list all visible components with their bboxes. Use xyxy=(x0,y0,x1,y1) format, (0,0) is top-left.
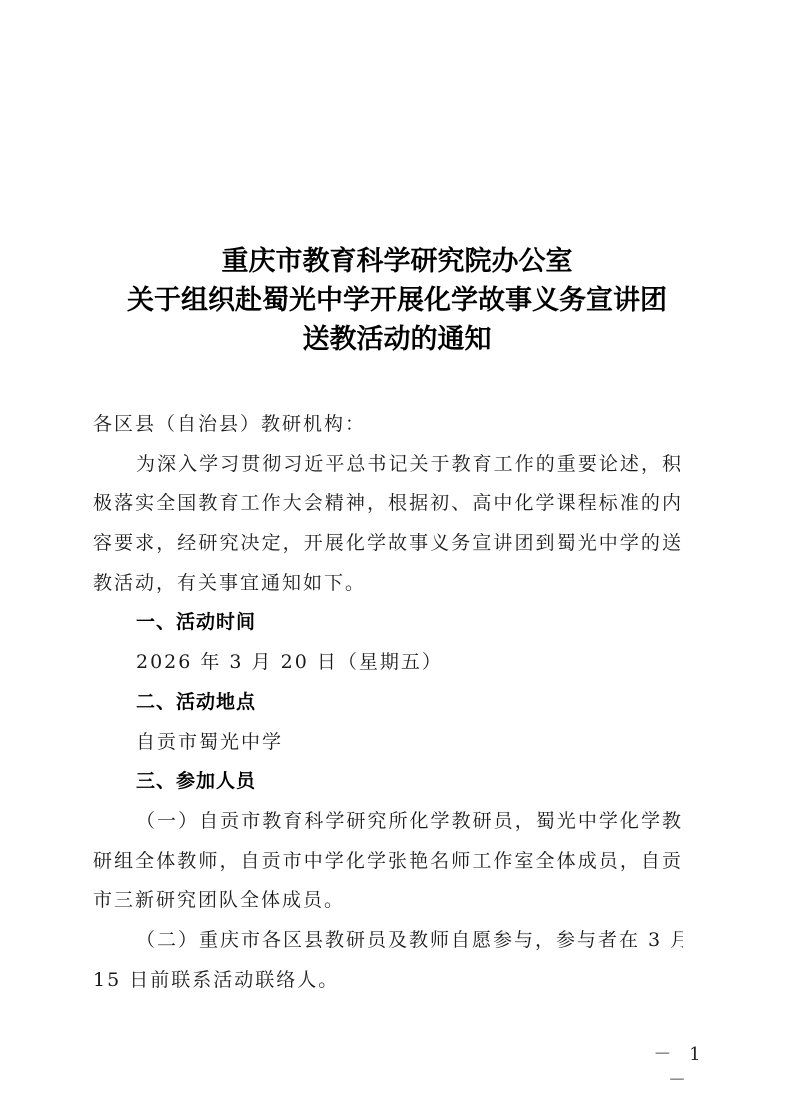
section-heading-time: 一、活动时间 xyxy=(93,603,683,643)
intro-line-1: 为深入学习贯彻习近平总书记关于教育工作的重要论述，积 xyxy=(93,445,683,485)
intro-line-4: 教活动，有关事宜通知如下。 xyxy=(93,564,683,604)
document-title: 重庆市教育科学研究院办公室 关于组织赴蜀光中学开展化学故事义务宣讲团 送教活动的… xyxy=(0,242,794,359)
section-heading-location: 二、活动地点 xyxy=(93,683,683,723)
title-line-1: 重庆市教育科学研究院办公室 xyxy=(0,242,794,281)
section-heading-participants: 三、参加人员 xyxy=(93,762,683,802)
title-line-3: 送教活动的通知 xyxy=(0,320,794,359)
section-content-location: 自贡市蜀光中学 xyxy=(93,723,683,763)
participants-p1-line-1: （一）自贡市教育科学研究所化学教研员，蜀光中学化学教 xyxy=(93,802,683,842)
page-number: － 1 － xyxy=(640,1040,720,1092)
salutation: 各区县（自治县）教研机构： xyxy=(93,405,683,445)
title-line-2: 关于组织赴蜀光中学开展化学故事义务宣讲团 xyxy=(0,281,794,320)
intro-line-3: 容要求，经研究决定，开展化学故事义务宣讲团到蜀光中学的送 xyxy=(93,524,683,564)
intro-paragraph: 为深入学习贯彻习近平总书记关于教育工作的重要论述，积 极落实全国教育工作大会精神… xyxy=(93,445,683,604)
intro-line-2: 极落实全国教育工作大会精神，根据初、高中化学课程标准的内 xyxy=(93,484,683,524)
participants-paragraph-1: （一）自贡市教育科学研究所化学教研员，蜀光中学化学教 研组全体教师，自贡市中学化… xyxy=(93,802,683,921)
section-content-time: 2026 年 3 月 20 日（星期五） xyxy=(93,643,683,683)
participants-paragraph-2: （二）重庆市各区县教研员及教师自愿参与，参与者在 3 月 15 日前联系活动联络… xyxy=(93,921,683,1000)
participants-p2-line-2: 15 日前联系活动联络人。 xyxy=(93,961,683,1001)
participants-p1-line-3: 市三新研究团队全体成员。 xyxy=(93,881,683,921)
participants-p2-line-1: （二）重庆市各区县教研员及教师自愿参与，参与者在 3 月 xyxy=(93,921,683,961)
participants-p1-line-2: 研组全体教师，自贡市中学化学张艳名师工作室全体成员，自贡 xyxy=(93,842,683,882)
document-page: 重庆市教育科学研究院办公室 关于组织赴蜀光中学开展化学故事义务宣讲团 送教活动的… xyxy=(0,0,794,1108)
document-body: 各区县（自治县）教研机构： 为深入学习贯彻习近平总书记关于教育工作的重要论述，积… xyxy=(93,405,683,1000)
